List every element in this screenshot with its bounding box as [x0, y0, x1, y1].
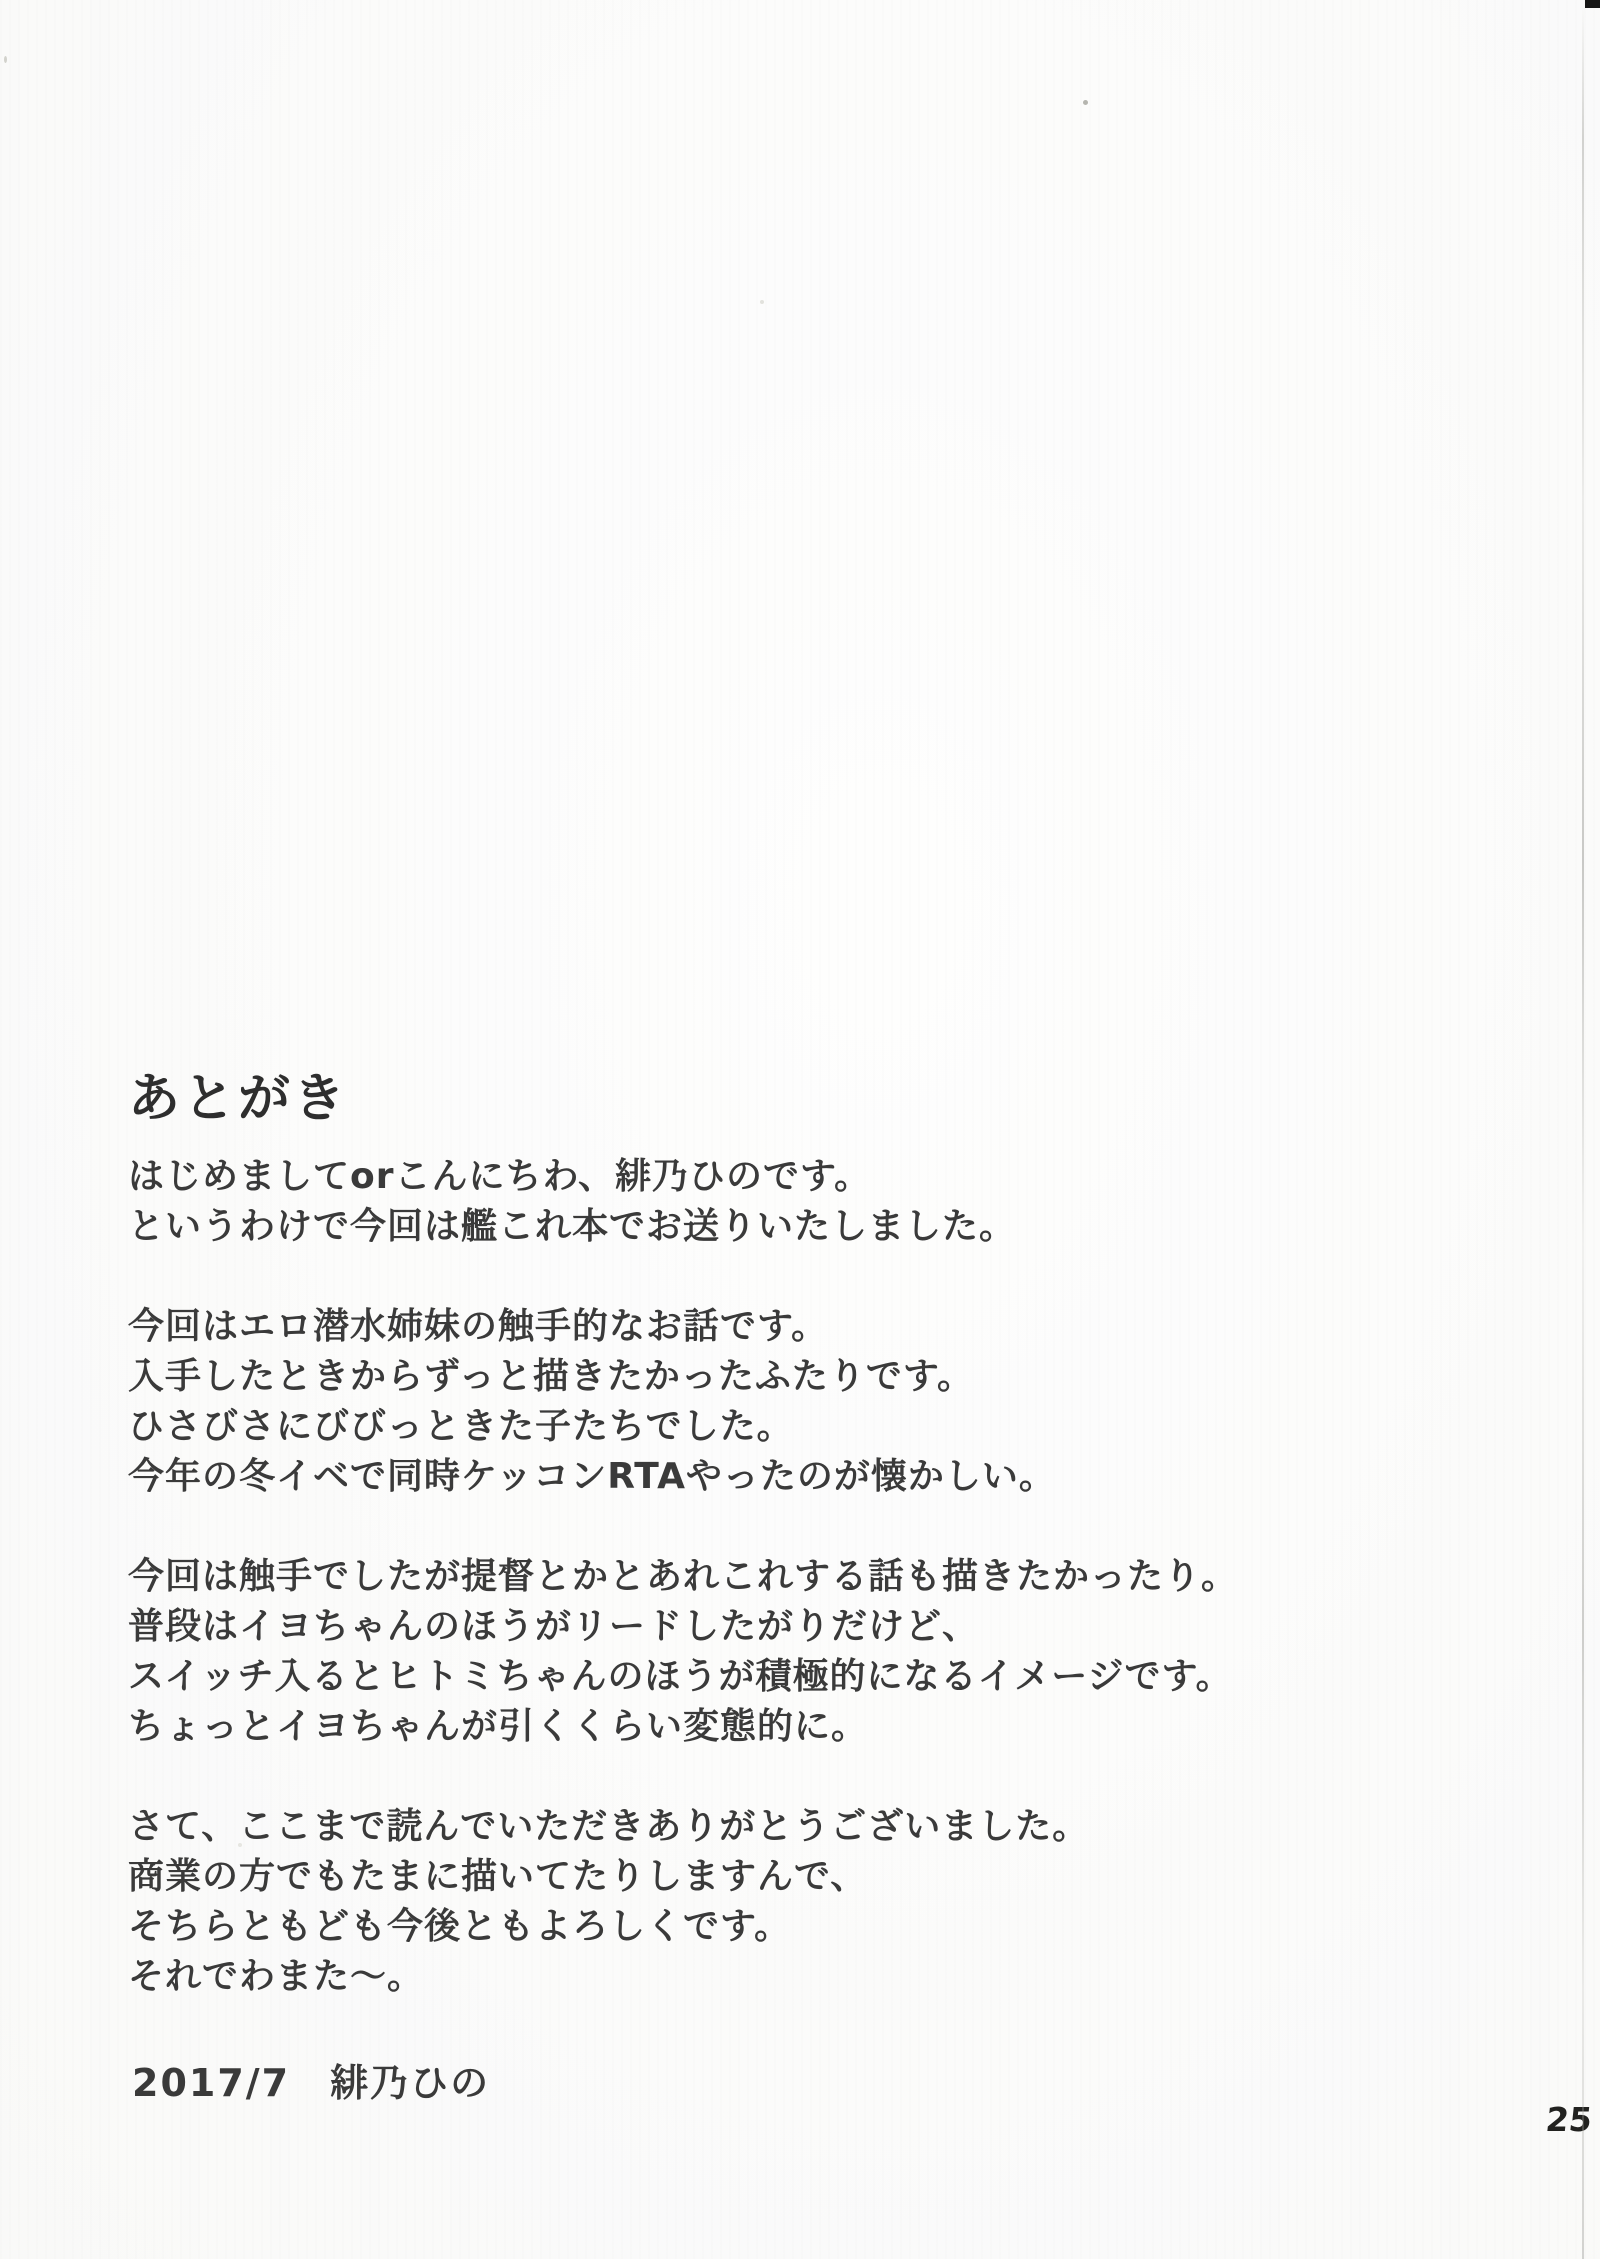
scan-speck	[238, 1843, 242, 1847]
scan-corner-mark	[1585, 0, 1600, 8]
paragraph-about-story: 今回はエロ潜水姉妹の触手的なお話です。 入手したときからずっと描きたかったふたり…	[128, 1302, 1238, 1502]
scan-speck	[1083, 100, 1088, 105]
date-author-signature: 2017/7 緋乃ひの	[132, 2052, 490, 2107]
body-line: 今回は触手でしたが提督とかとあれこれする話も描きたかったり。	[128, 1552, 1238, 1602]
paragraph-characters: 今回は触手でしたが提督とかとあれこれする話も描きたかったり。 普段はイヨちゃんの…	[128, 1552, 1238, 1752]
afterword-body: はじめましてorこんにちわ、緋乃ひのです。 というわけで今回は艦これ本でお送りい…	[128, 1152, 1238, 2052]
scan-speck	[760, 300, 764, 304]
body-line: さて、ここまで読んでいただきありがとうございました。	[128, 1802, 1238, 1852]
body-line: それでわまた～。	[128, 1952, 1238, 2002]
scan-speck	[4, 56, 7, 63]
body-line: 入手したときからずっと描きたかったふたりです。	[128, 1352, 1238, 1402]
body-line: そちらともども今後ともよろしくです。	[128, 1902, 1238, 1952]
body-line: 今回はエロ潜水姉妹の触手的なお話です。	[128, 1302, 1238, 1352]
scan-page-edge-line	[1582, 4, 1584, 2259]
body-line: はじめましてorこんにちわ、緋乃ひのです。	[128, 1152, 1238, 1202]
body-line: ひさびさにびびっときた子たちでした。	[128, 1402, 1238, 1452]
scanned-afterword-page: あとがき はじめましてorこんにちわ、緋乃ひのです。 というわけで今回は艦これ本…	[0, 0, 1600, 2259]
paragraph-greeting: はじめましてorこんにちわ、緋乃ひのです。 というわけで今回は艦これ本でお送りい…	[128, 1152, 1238, 1252]
body-line: ちょっとイヨちゃんが引くくらい変態的に。	[128, 1702, 1238, 1752]
page-number: 25	[1544, 2100, 1594, 2139]
body-line: スイッチ入るとヒトミちゃんのほうが積極的になるイメージです。	[128, 1652, 1238, 1702]
body-line: 今年の冬イベで同時ケッコンRTAやったのが懐かしい。	[128, 1452, 1238, 1502]
body-line: 普段はイヨちゃんのほうがリードしたがりだけど、	[128, 1602, 1238, 1652]
afterword-heading: あとがき	[128, 1056, 348, 1131]
paragraph-closing: さて、ここまで読んでいただきありがとうございました。 商業の方でもたまに描いてた…	[128, 1802, 1238, 2002]
body-line: というわけで今回は艦これ本でお送りいたしました。	[128, 1202, 1238, 1252]
body-line: 商業の方でもたまに描いてたりしますんで、	[128, 1852, 1238, 1902]
